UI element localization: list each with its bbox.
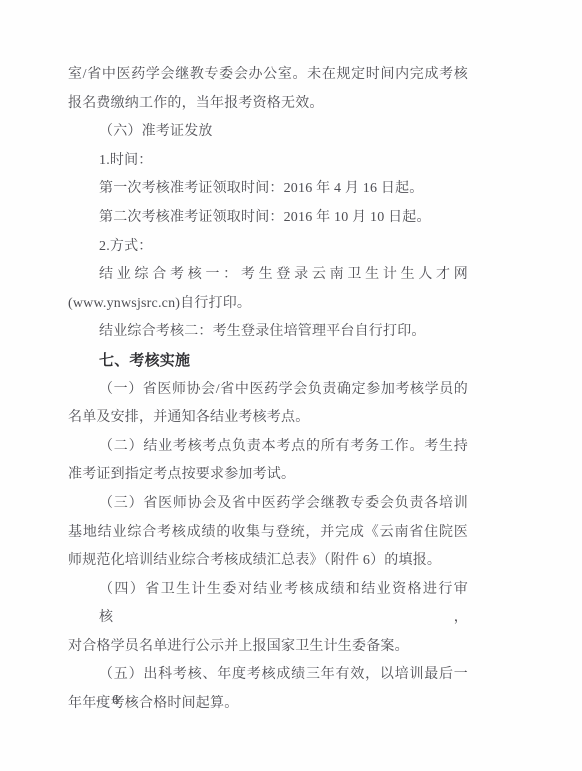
text-line: 结业综合考核一：考生登录云南卫生计生人才网 [68, 261, 468, 290]
section-heading: （六）准考证发放 [68, 118, 468, 147]
text-line-url: (www.ynwsjsrc.cn)自行打印。 [68, 290, 468, 319]
text-line: 师规范化培训结业综合考核成绩汇总表》（附件 6）的填报。 [68, 547, 468, 576]
text-line: 名单及安排，并通知各结业考核考点。 [68, 404, 468, 433]
text-line: 第一次考核准考证领取时间：2016 年 4 月 16 日起。 [68, 175, 468, 204]
text-line: 室/省中医药学会继教专委会办公室。未在规定时间内完成考核 [68, 61, 468, 90]
text-line: 2.方式： [68, 233, 468, 262]
text-line: （五）出科考核、年度考核成绩三年有效，以培训最后一 [68, 661, 468, 690]
text-line: （三）省医师协会及省中医药学会继教专委会负责各培训 [68, 490, 468, 519]
document-page: 室/省中医药学会继教专委会办公室。未在规定时间内完成考核 报名费缴纳工作的，当年… [0, 0, 582, 771]
text-line: （二）结业考核考点负责本考点的所有考务工作。考生持 [68, 433, 468, 462]
text-line: 对合格学员名单进行公示并上报国家卫生计生委备案。 [68, 633, 468, 662]
text-line: 1.时间： [68, 147, 468, 176]
chapter-heading: 七、考核实施 [68, 347, 468, 376]
page-number: - 6 - [96, 693, 139, 709]
text-line: （四）省卫生计生委对结业考核成绩和结业资格进行审核， [68, 576, 468, 633]
text-line: 第二次考核准考证领取时间：2016 年 10 月 10 日起。 [68, 204, 468, 233]
document-text-block: 室/省中医药学会继教专委会办公室。未在规定时间内完成考核 报名费缴纳工作的，当年… [68, 61, 468, 719]
text-line: （一）省医师协会/省中医药学会负责确定参加考核学员的 [68, 376, 468, 405]
text-line: 基地结业综合考核成绩的收集与登统，并完成《云南省住院医 [68, 519, 468, 548]
text-line: 报名费缴纳工作的，当年报考资格无效。 [68, 90, 468, 119]
text-line: 结业综合考核二：考生登录住培管理平台自行打印。 [68, 318, 468, 347]
text-line: 准考证到指定考点按要求参加考试。 [68, 461, 468, 490]
